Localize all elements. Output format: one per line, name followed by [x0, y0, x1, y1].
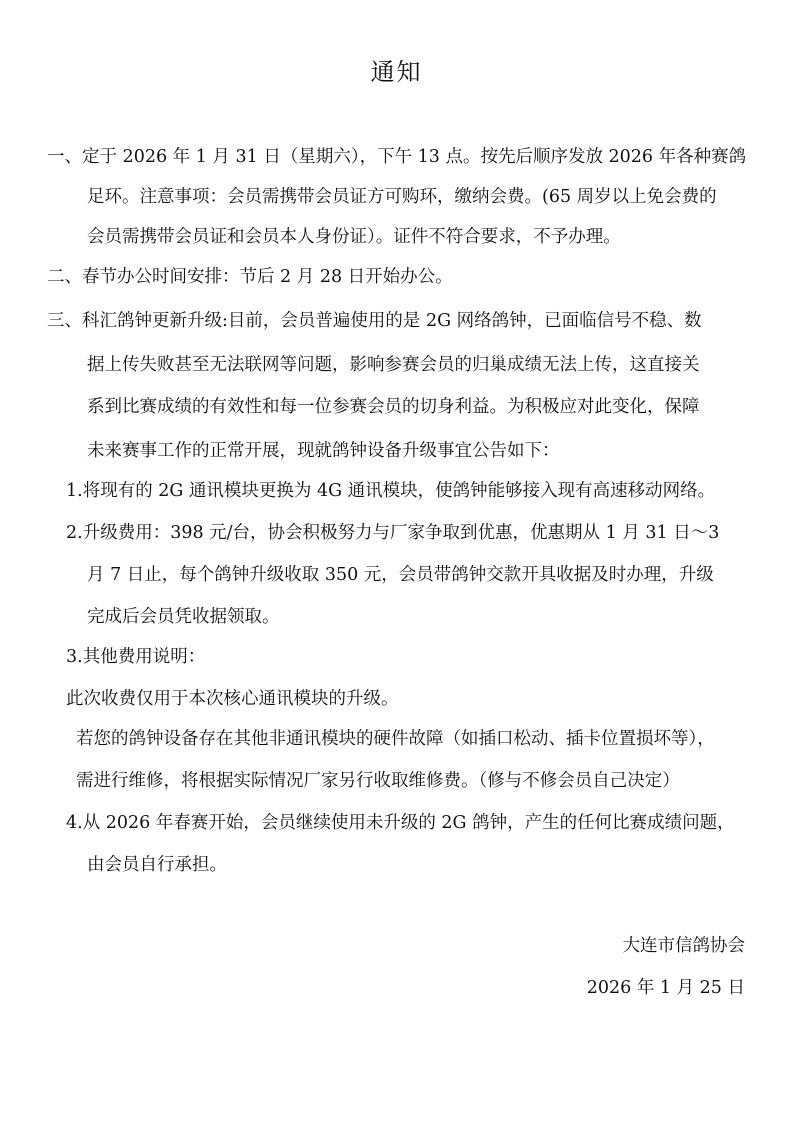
text-line: 4.从 2026 年春赛开始，会员继续使用未升级的 2G 鸽钟，产生的任何比赛成…	[66, 812, 735, 834]
text-line: 1.将现有的 2G 通讯模块更换为 4G 通讯模块，使鸽钟能够接入现有高速移动网…	[66, 480, 715, 502]
text-line: 3.其他费用说明：	[66, 646, 205, 668]
signature-organization: 大连市信鸽协会	[623, 932, 746, 957]
document-title: 通知	[0, 52, 793, 87]
text-line: 月 7 日止，每个鸽钟升级收取 350 元，会员带鸽钟交款开具收据及时办理，升级	[87, 564, 714, 586]
text-line: 据上传失败甚至无法联网等问题，影响参赛会员的归巢成绩无法上传，这直接关	[87, 354, 700, 376]
text-line: 此次收费仅用于本次核心通讯模块的升级。	[66, 688, 399, 710]
text-line: 需进行维修，将根据实际情况厂家另行收取维修费。（修与不修会员自己决定）	[76, 770, 680, 792]
text-line: 若您的鸽钟设备存在其他非通讯模块的硬件故障（如插口松动、插卡位置损坏等），	[76, 728, 715, 750]
text-line: 会员需携带会员证和会员本人身份证）。证件不符合要求，不予办理。	[87, 226, 621, 248]
text-line: 未来赛事工作的正常开展，现就鸽钟设备升级事宜公告如下：	[87, 440, 560, 462]
text-line: 一、定于 2026 年 1 月 31 日（星期六），下午 13 点。按先后顺序发…	[47, 146, 746, 168]
text-line: 系到比赛成绩的有效性和每一位参赛会员的切身利益。为积极应对此变化，保障	[87, 396, 700, 418]
signature-date: 2026 年 1 月 25 日	[587, 974, 745, 999]
text-line: 完成后会员凭收据领取。	[87, 606, 280, 628]
text-line: 由会员自行承担。	[87, 854, 227, 876]
text-line: 二、春节办公时间安排：节后 2 月 28 日开始办公。	[47, 266, 453, 288]
text-line: 2.升级费用：398 元/台，协会积极努力与厂家争取到优惠，优惠期从 1 月 3…	[66, 522, 719, 544]
text-line: 三、科汇鸽钟更新升级:目前，会员普遍使用的是 2G 网络鸽钟，已面临信号不稳、数	[47, 310, 702, 332]
text-line: 足环。注意事项：会员需携带会员证方可购环，缴纳会费。(65 周岁以上免会费的	[87, 186, 717, 208]
